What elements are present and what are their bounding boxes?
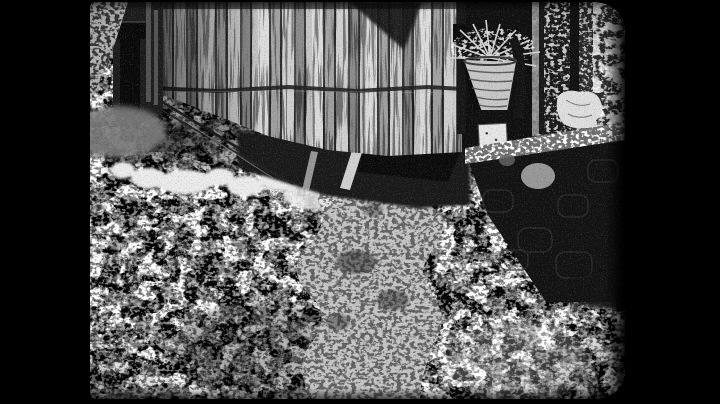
pillarbox-left — [0, 0, 88, 404]
bottom-edge-fade — [88, 388, 625, 399]
film-scene — [88, 0, 625, 404]
pillarbox-right — [625, 0, 720, 404]
film-still — [0, 0, 720, 404]
film-frame — [88, 0, 625, 404]
top-edge-fade — [88, 2, 625, 11]
vignette — [88, 2, 625, 399]
film-grain-overlay — [88, 2, 625, 399]
right-edge-fade — [605, 2, 625, 399]
